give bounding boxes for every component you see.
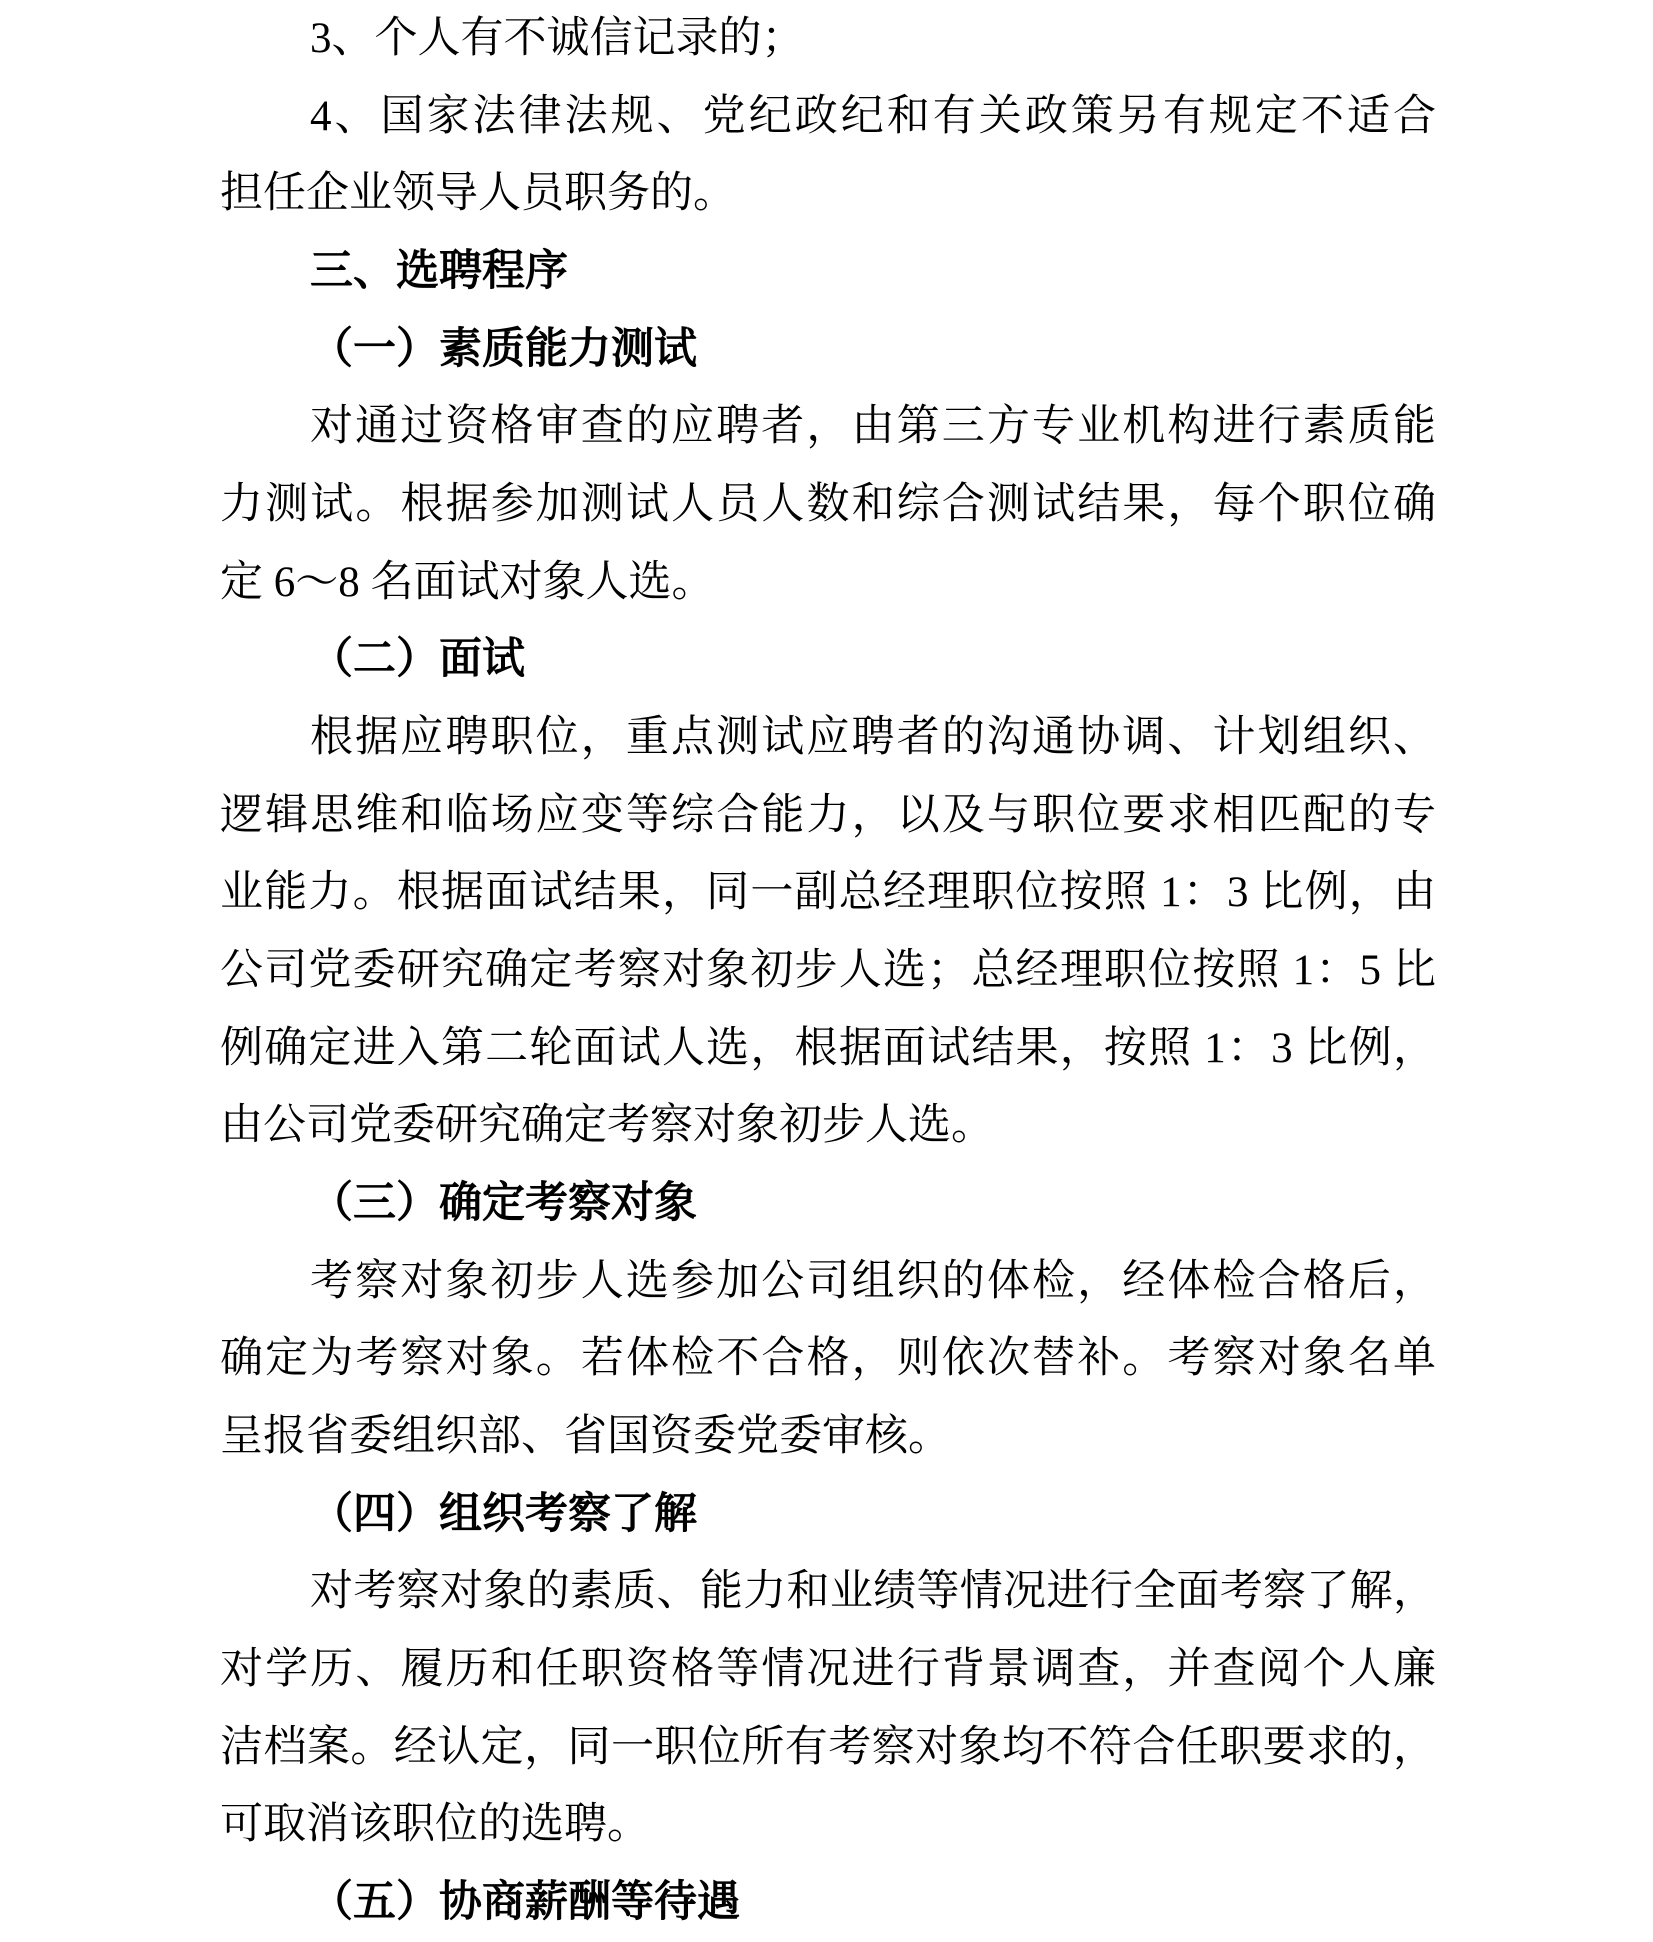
heading-line: 三、选聘程序 (220, 233, 1436, 311)
text-line: 担任企业领导人员职务的。 (220, 155, 1436, 233)
heading-line: （四）组织考察了解 (220, 1476, 1436, 1554)
heading-line: （一）素质能力测试 (220, 311, 1436, 389)
text-line: 3、个人有不诚信记录的； (220, 0, 1436, 78)
text-line: 根据应聘职位，重点测试应聘者的沟通协调、计划组织、 (220, 699, 1436, 777)
text-line: 确定为考察对象。若体检不合格，则依次替补。考察对象名单 (220, 1320, 1436, 1398)
text-line: 由公司党委研究确定考察对象初步人选。 (220, 1087, 1436, 1165)
text-line: 洁档案。经认定，同一职位所有考察对象均不符合任职要求的， (220, 1709, 1436, 1787)
text-line: 呈报省委组织部、省国资委党委审核。 (220, 1398, 1436, 1476)
text-line: 力测试。根据参加测试人员人数和综合测试结果，每个职位确 (220, 466, 1436, 544)
text-line: 考察对象初步人选参加公司组织的体检，经体检合格后， (220, 1243, 1436, 1321)
text-line: 对考察对象的素质、能力和业绩等情况进行全面考察了解， (220, 1553, 1436, 1631)
text-line: 对通过资格审查的应聘者，由第三方专业机构进行素质能 (220, 388, 1436, 466)
heading-line: （三）确定考察对象 (220, 1165, 1436, 1243)
text-line: 4、国家法律法规、党纪政纪和有关政策另有规定不适合 (220, 78, 1436, 156)
text-line: 定 6～8 名面试对象人选。 (220, 544, 1436, 622)
text-line: 对学历、履历和任职资格等情况进行背景调查，并查阅个人廉 (220, 1631, 1436, 1709)
text-line: 逻辑思维和临场应变等综合能力，以及与职位要求相匹配的专 (220, 777, 1436, 855)
document-page: 3、个人有不诚信记录的；4、国家法律法规、党纪政纪和有关政策另有规定不适合担任企… (0, 0, 1653, 1942)
heading-line: （二）面试 (220, 621, 1436, 699)
document-text: 3、个人有不诚信记录的；4、国家法律法规、党纪政纪和有关政策另有规定不适合担任企… (220, 0, 1436, 1942)
text-line: 公司党委研究确定考察对象初步人选；总经理职位按照 1：5 比 (220, 932, 1436, 1010)
text-line: 例确定进入第二轮面试人选，根据面试结果，按照 1：3 比例， (220, 1010, 1436, 1088)
heading-line: （五）协商薪酬等待遇 (220, 1864, 1436, 1942)
text-line: 可取消该职位的选聘。 (220, 1786, 1436, 1864)
text-line: 业能力。根据面试结果，同一副总经理职位按照 1：3 比例，由 (220, 854, 1436, 932)
